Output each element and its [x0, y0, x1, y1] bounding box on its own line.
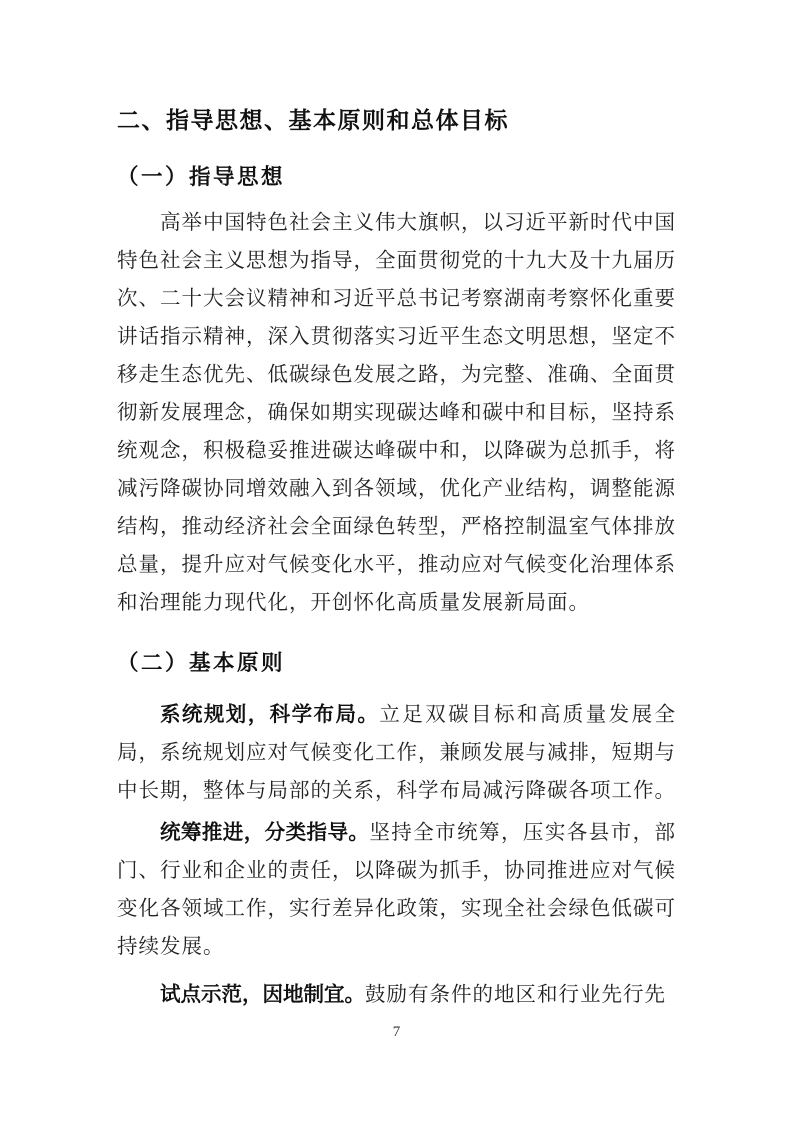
- document-content: 二、指导思想、基本原则和总体目标 （一）指导思想 高举中国特色社会主义伟大旗帜，…: [117, 104, 676, 1014]
- page-number: 7: [117, 1022, 676, 1042]
- section-heading: 二、指导思想、基本原则和总体目标: [117, 104, 676, 136]
- subsection-heading-guiding-ideology: （一）指导思想: [117, 162, 676, 192]
- paragraph-lead: 统筹推进，分类指导。: [160, 821, 369, 844]
- paragraph-principle-planning: 系统规划，科学布局。立足双碳目标和高质量发展全局，系统规划应对气候变化工作，兼顾…: [117, 696, 676, 810]
- paragraph-principle-pilot: 试点示范，因地制宜。鼓励有条件的地区和行业先行先: [117, 976, 676, 1014]
- paragraph-text: 鼓励有条件的地区和行业先行先: [365, 984, 666, 1006]
- paragraph-principle-coordination: 统筹推进，分类指导。坚持全市统筹，压实各县市，部门、行业和企业的责任，以降碳为抓…: [117, 814, 676, 966]
- paragraph-lead: 系统规划，科学布局。: [160, 703, 379, 726]
- document-page: 二、指导思想、基本原则和总体目标 （一）指导思想 高举中国特色社会主义伟大旗帜，…: [0, 0, 793, 1122]
- paragraph-text: 高举中国特色社会主义伟大旗帜，以习近平新时代中国特色社会主义思想为指导，全面贯彻…: [117, 212, 676, 614]
- subsection-heading-basic-principles: （二）基本原则: [117, 648, 676, 678]
- paragraph-guiding-ideology: 高举中国特色社会主义伟大旗帜，以习近平新时代中国特色社会主义思想为指导，全面贯彻…: [117, 204, 676, 622]
- paragraph-lead: 试点示范，因地制宜。: [160, 983, 365, 1006]
